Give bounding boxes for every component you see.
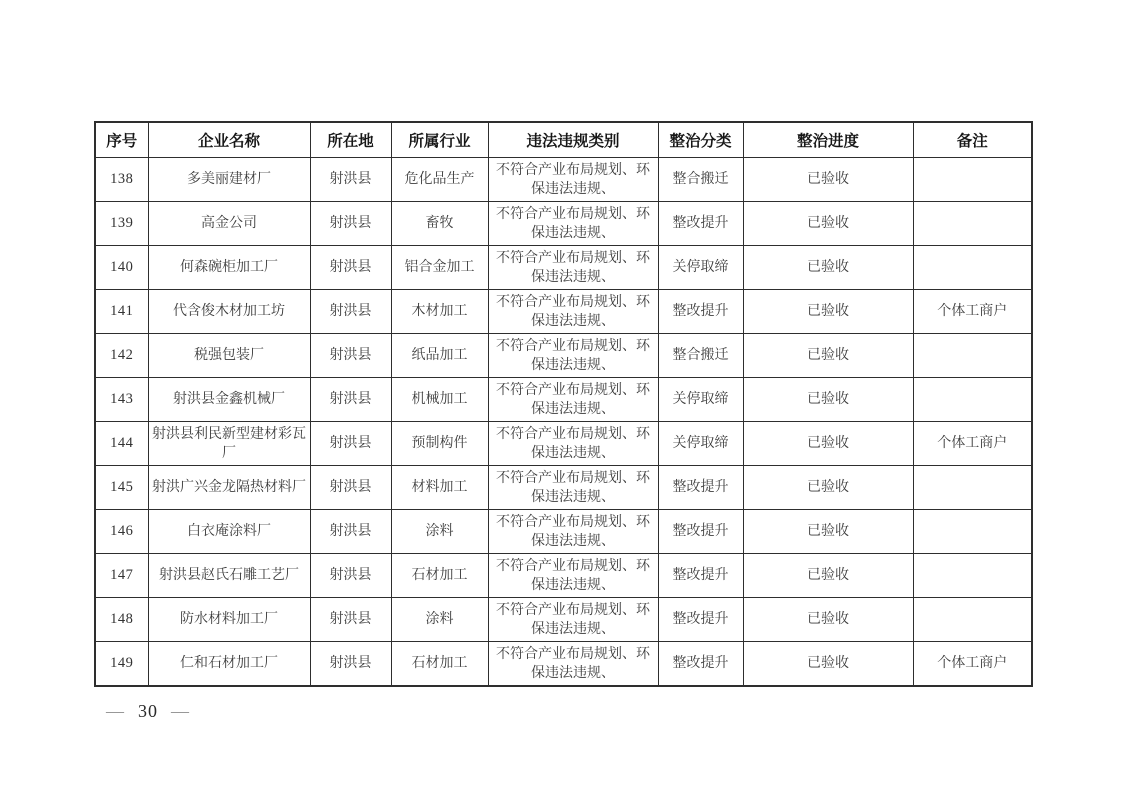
cell-industry: 材料加工 [391, 466, 488, 510]
cell-location: 射洪县 [310, 554, 391, 598]
cell-progress: 已验收 [743, 642, 913, 687]
cell-index: 138 [95, 158, 148, 202]
cell-violation: 不符合产业布局规划、环保违法违规、 [488, 334, 658, 378]
cell-name: 射洪县金鑫机械厂 [148, 378, 310, 422]
cell-violation: 不符合产业布局规划、环保违法违规、 [488, 158, 658, 202]
cell-index: 139 [95, 202, 148, 246]
cell-industry: 木材加工 [391, 290, 488, 334]
cell-remark [913, 158, 1032, 202]
cell-remark [913, 202, 1032, 246]
cell-progress: 已验收 [743, 378, 913, 422]
cell-remark [913, 334, 1032, 378]
cell-remark: 个体工商户 [913, 290, 1032, 334]
cell-industry: 涂料 [391, 510, 488, 554]
page-number-dash-right: — [171, 701, 190, 722]
table-row: 149仁和石材加工厂射洪县石材加工不符合产业布局规划、环保违法违规、整改提升已验… [95, 642, 1032, 687]
cell-location: 射洪县 [310, 202, 391, 246]
cell-location: 射洪县 [310, 598, 391, 642]
cell-industry: 畜牧 [391, 202, 488, 246]
cell-location: 射洪县 [310, 334, 391, 378]
column-header-remark: 备注 [913, 122, 1032, 158]
column-header-location: 所在地 [310, 122, 391, 158]
cell-progress: 已验收 [743, 598, 913, 642]
enterprise-rectification-table: 序号企业名称所在地所属行业违法违规类别整治分类整治进度备注 138多美丽建材厂射… [94, 121, 1033, 687]
cell-category: 整改提升 [658, 202, 743, 246]
cell-progress: 已验收 [743, 246, 913, 290]
cell-index: 148 [95, 598, 148, 642]
cell-remark [913, 246, 1032, 290]
cell-index: 147 [95, 554, 148, 598]
column-header-name: 企业名称 [148, 122, 310, 158]
cell-category: 整改提升 [658, 642, 743, 687]
cell-category: 整合搬迁 [658, 158, 743, 202]
cell-industry: 铝合金加工 [391, 246, 488, 290]
table-row: 148防水材料加工厂射洪县涂料不符合产业布局规划、环保违法违规、整改提升已验收 [95, 598, 1032, 642]
cell-category: 整改提升 [658, 290, 743, 334]
cell-name: 白衣庵涂料厂 [148, 510, 310, 554]
cell-index: 143 [95, 378, 148, 422]
cell-violation: 不符合产业布局规划、环保违法违规、 [488, 510, 658, 554]
cell-name: 射洪县赵氏石雕工艺厂 [148, 554, 310, 598]
page-number-value: 30 [138, 701, 158, 722]
cell-violation: 不符合产业布局规划、环保违法违规、 [488, 642, 658, 687]
cell-remark: 个体工商户 [913, 422, 1032, 466]
cell-name: 税强包装厂 [148, 334, 310, 378]
table-row: 142税强包装厂射洪县纸品加工不符合产业布局规划、环保违法违规、整合搬迁已验收 [95, 334, 1032, 378]
cell-category: 整改提升 [658, 554, 743, 598]
cell-index: 141 [95, 290, 148, 334]
cell-remark [913, 466, 1032, 510]
cell-name: 多美丽建材厂 [148, 158, 310, 202]
cell-violation: 不符合产业布局规划、环保违法违规、 [488, 466, 658, 510]
table-row: 144射洪县利民新型建材彩瓦厂射洪县预制构件不符合产业布局规划、环保违法违规、关… [95, 422, 1032, 466]
table-row: 140何森碗柜加工厂射洪县铝合金加工不符合产业布局规划、环保违法违规、关停取缔已… [95, 246, 1032, 290]
cell-category: 整合搬迁 [658, 334, 743, 378]
cell-location: 射洪县 [310, 378, 391, 422]
cell-violation: 不符合产业布局规划、环保违法违规、 [488, 598, 658, 642]
cell-location: 射洪县 [310, 642, 391, 687]
column-header-index: 序号 [95, 122, 148, 158]
table-header: 序号企业名称所在地所属行业违法违规类别整治分类整治进度备注 [95, 122, 1032, 158]
cell-name: 何森碗柜加工厂 [148, 246, 310, 290]
cell-name: 防水材料加工厂 [148, 598, 310, 642]
column-header-industry: 所属行业 [391, 122, 488, 158]
cell-name: 射洪广兴金龙隔热材料厂 [148, 466, 310, 510]
cell-remark [913, 554, 1032, 598]
column-header-violation: 违法违规类别 [488, 122, 658, 158]
cell-violation: 不符合产业布局规划、环保违法违规、 [488, 246, 658, 290]
table-row: 138多美丽建材厂射洪县危化品生产不符合产业布局规划、环保违法违规、整合搬迁已验… [95, 158, 1032, 202]
cell-index: 142 [95, 334, 148, 378]
cell-name: 代含俊木材加工坊 [148, 290, 310, 334]
cell-progress: 已验收 [743, 554, 913, 598]
cell-location: 射洪县 [310, 510, 391, 554]
cell-industry: 涂料 [391, 598, 488, 642]
cell-name: 射洪县利民新型建材彩瓦厂 [148, 422, 310, 466]
table-row: 141代含俊木材加工坊射洪县木材加工不符合产业布局规划、环保违法违规、整改提升已… [95, 290, 1032, 334]
cell-progress: 已验收 [743, 510, 913, 554]
column-header-category: 整治分类 [658, 122, 743, 158]
cell-progress: 已验收 [743, 422, 913, 466]
cell-name: 仁和石材加工厂 [148, 642, 310, 687]
cell-progress: 已验收 [743, 466, 913, 510]
cell-index: 145 [95, 466, 148, 510]
column-header-progress: 整治进度 [743, 122, 913, 158]
cell-progress: 已验收 [743, 202, 913, 246]
table-row: 147射洪县赵氏石雕工艺厂射洪县石材加工不符合产业布局规划、环保违法违规、整改提… [95, 554, 1032, 598]
table-row: 139高金公司射洪县畜牧不符合产业布局规划、环保违法违规、整改提升已验收 [95, 202, 1032, 246]
cell-industry: 机械加工 [391, 378, 488, 422]
cell-index: 149 [95, 642, 148, 687]
cell-progress: 已验收 [743, 334, 913, 378]
page-number: — 30 — [106, 701, 190, 722]
table-row: 145射洪广兴金龙隔热材料厂射洪县材料加工不符合产业布局规划、环保违法违规、整改… [95, 466, 1032, 510]
cell-violation: 不符合产业布局规划、环保违法违规、 [488, 554, 658, 598]
cell-violation: 不符合产业布局规划、环保违法违规、 [488, 378, 658, 422]
cell-violation: 不符合产业布局规划、环保违法违规、 [488, 290, 658, 334]
cell-industry: 石材加工 [391, 554, 488, 598]
cell-location: 射洪县 [310, 158, 391, 202]
cell-location: 射洪县 [310, 290, 391, 334]
cell-location: 射洪县 [310, 466, 391, 510]
cell-name: 高金公司 [148, 202, 310, 246]
table-row: 143射洪县金鑫机械厂射洪县机械加工不符合产业布局规划、环保违法违规、关停取缔已… [95, 378, 1032, 422]
cell-industry: 石材加工 [391, 642, 488, 687]
cell-index: 140 [95, 246, 148, 290]
table-header-row: 序号企业名称所在地所属行业违法违规类别整治分类整治进度备注 [95, 122, 1032, 158]
table-body: 138多美丽建材厂射洪县危化品生产不符合产业布局规划、环保违法违规、整合搬迁已验… [95, 158, 1032, 687]
cell-remark [913, 510, 1032, 554]
cell-violation: 不符合产业布局规划、环保违法违规、 [488, 202, 658, 246]
cell-progress: 已验收 [743, 158, 913, 202]
cell-location: 射洪县 [310, 422, 391, 466]
cell-category: 关停取缔 [658, 422, 743, 466]
cell-industry: 预制构件 [391, 422, 488, 466]
document-page: 序号企业名称所在地所属行业违法违规类别整治分类整治进度备注 138多美丽建材厂射… [0, 0, 1122, 793]
page-number-dash-left: — [106, 701, 125, 722]
cell-category: 关停取缔 [658, 246, 743, 290]
table-row: 146白衣庵涂料厂射洪县涂料不符合产业布局规划、环保违法违规、整改提升已验收 [95, 510, 1032, 554]
cell-remark: 个体工商户 [913, 642, 1032, 687]
cell-industry: 纸品加工 [391, 334, 488, 378]
cell-category: 关停取缔 [658, 378, 743, 422]
cell-remark [913, 378, 1032, 422]
cell-index: 144 [95, 422, 148, 466]
cell-index: 146 [95, 510, 148, 554]
cell-category: 整改提升 [658, 598, 743, 642]
cell-industry: 危化品生产 [391, 158, 488, 202]
cell-remark [913, 598, 1032, 642]
cell-violation: 不符合产业布局规划、环保违法违规、 [488, 422, 658, 466]
cell-location: 射洪县 [310, 246, 391, 290]
cell-category: 整改提升 [658, 510, 743, 554]
cell-category: 整改提升 [658, 466, 743, 510]
cell-progress: 已验收 [743, 290, 913, 334]
